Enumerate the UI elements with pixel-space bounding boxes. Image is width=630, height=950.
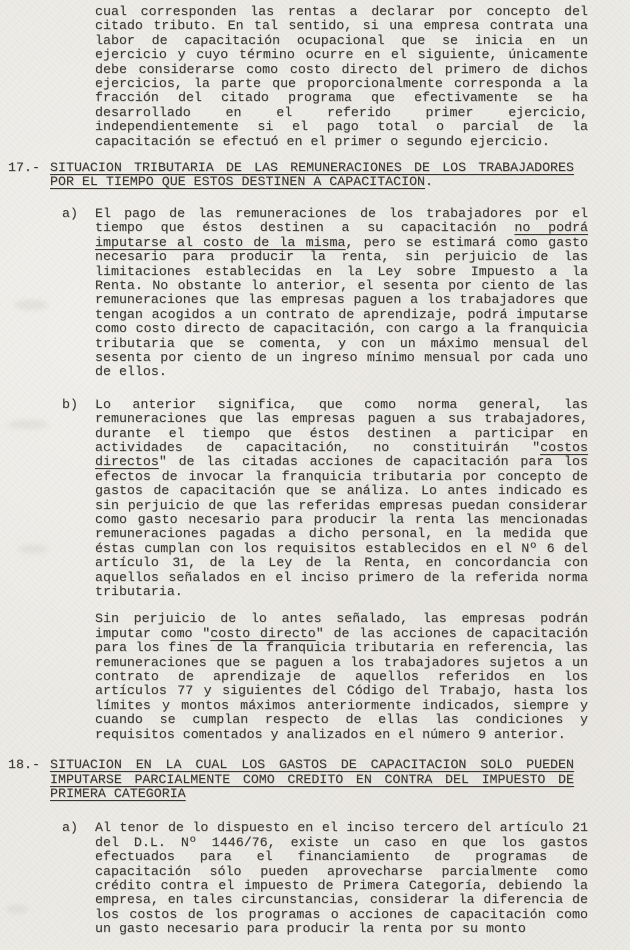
- intro-continuation-paragraph: cual corresponden las rentas a declarar …: [95, 5, 588, 149]
- section-17-title: SITUACION TRIBUTARIA DE LAS REMUNERACION…: [50, 161, 574, 190]
- scan-smudge: [6, 905, 28, 913]
- section-18-heading: 18.- SITUACION EN LA CUAL LOS GASTOS DE …: [8, 758, 630, 801]
- item-a-paragraph: Al tenor de lo dispuesto en el inciso te…: [95, 821, 588, 936]
- item-a-label: a): [62, 821, 95, 936]
- item-a-label: a): [62, 207, 95, 380]
- section-17-number: 17.-: [8, 161, 50, 190]
- scan-smudge: [14, 300, 48, 310]
- item-a-paragraph: El pago de las remuneraciones de los tra…: [95, 207, 588, 380]
- section-17-heading: 17.- SITUACION TRIBUTARIA DE LAS REMUNER…: [8, 161, 630, 190]
- item-b-label: b): [62, 398, 95, 742]
- item-a-body: El pago de las remuneraciones de los tra…: [95, 207, 588, 380]
- scan-smudge: [18, 545, 48, 553]
- section-18-title: SITUACION EN LA CUAL LOS GASTOS DE CAPAC…: [50, 758, 574, 801]
- scanned-document-page: cual corresponden las rentas a declarar …: [0, 0, 630, 950]
- section-18-number: 18.-: [8, 758, 50, 801]
- section-18-item-a: a) Al tenor de lo dispuesto en el inciso…: [62, 821, 630, 936]
- scan-smudge: [8, 420, 48, 429]
- item-b-paragraph-1: Lo anterior significa, que como norma ge…: [95, 398, 588, 600]
- section-17-item-a: a) El pago de las remuneraciones de los …: [62, 207, 630, 380]
- item-b-paragraph-2: Sin perjuicio de lo antes señalado, las …: [95, 612, 588, 742]
- section-17-item-b: b) Lo anterior significa, que como norma…: [62, 398, 630, 742]
- item-b-body: Lo anterior significa, que como norma ge…: [95, 398, 588, 742]
- item-a-body: Al tenor de lo dispuesto en el inciso te…: [95, 821, 588, 936]
